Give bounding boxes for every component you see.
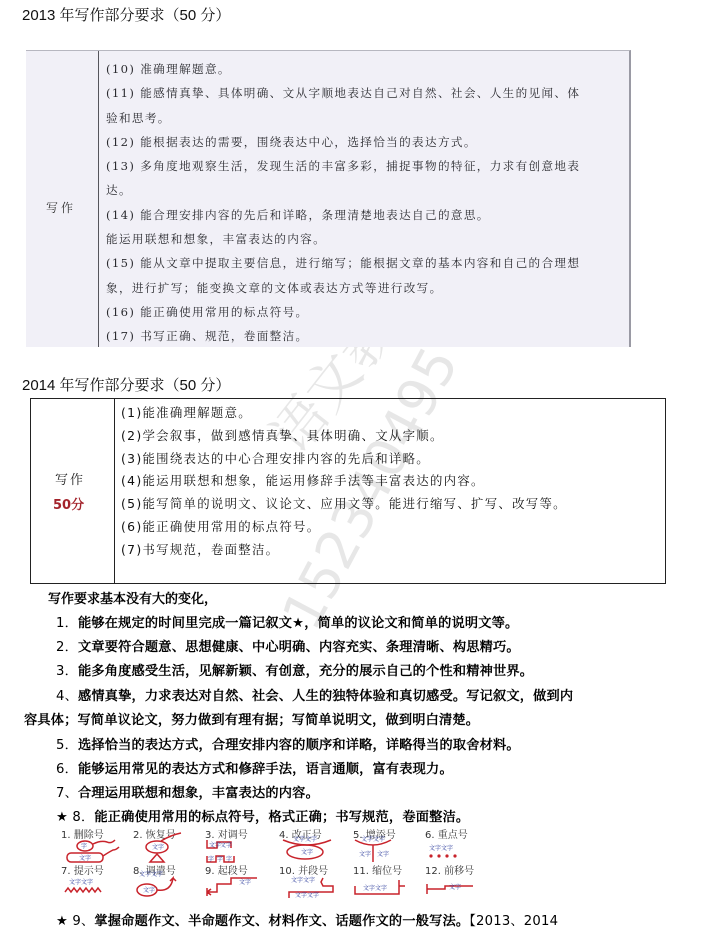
table-label-cell: 写作 50分 [31, 399, 115, 583]
summary-item: 6．能够运用常见的表达方式和修辞手法，语言通顺，富有表现力。 [56, 758, 453, 777]
table-label-cell: 写作 [26, 51, 99, 347]
svg-text:文字文字: 文字文字 [295, 891, 319, 898]
requirement-line: (10) 准确理解题意。 [106, 57, 621, 81]
svg-text:文字文字: 文字文字 [429, 844, 453, 852]
svg-text:文字文字: 文字文字 [361, 835, 385, 843]
requirement-line: (16) 能正确使用常用的标点符号。 [106, 300, 621, 324]
svg-text:字: 字 [81, 842, 87, 850]
summary-item: 3．能多角度感受生活，见解新颖、有创意，充分的展示自己的个性和精神世界。 [56, 660, 533, 679]
svg-text:字: 字 [217, 855, 223, 863]
svg-text:文字: 文字 [143, 886, 155, 894]
requirement-line: (15) 能从文章中提取主要信息，进行缩写；能根据文章的基本内容和自己的合理想 [106, 251, 621, 275]
summary-item: 1．能够在规定的时间里完成一篇记叙文★，简单的议论文和简单的说明文等。 [56, 612, 518, 631]
requirements-list: (10) 准确理解题意。 (11) 能感情真挚、具体明确、文从字顺地表达自己对自… [106, 57, 621, 349]
svg-text:文字: 文字 [301, 848, 313, 856]
svg-text:文字: 文字 [239, 878, 251, 886]
summary-item-continued: 容具体；写简单议论文，努力做到有理有据；写简单说明文，做到明白清楚。 [24, 709, 479, 728]
svg-text:文字文字: 文字文字 [69, 878, 93, 886]
section-2013-table: 写作 (10) 准确理解题意。 (11) 能感情真挚、具体明确、文从字顺地表达自… [26, 50, 631, 347]
requirement-line: (12) 能根据表达的需要，围绕表达中心，选择恰当的表达方式。 [106, 130, 621, 154]
summary-item: 5．选择恰当的表达方式，合理安排内容的顺序和详略，详略得当的取舍材料。 [56, 734, 520, 753]
requirement-line: 能运用联想和想象，丰富表达的内容。 [106, 227, 621, 251]
requirement-line: (4)能运用联想和想象，能运用修辞手法等丰富表达的内容。 [121, 470, 567, 493]
score-label: 50分 [53, 494, 84, 513]
section-2014-table: 写作 50分 (1)能准确理解题意。 (2)学会叙事，做到感情真挚、具体明确、文… [30, 398, 666, 584]
svg-text:文字文字: 文字文字 [291, 876, 315, 884]
requirement-line: 象，进行扩写；能变换文章的文体或表达方式等进行改写。 [106, 276, 621, 300]
requirement-line: (3)能围绕表达的中心合理安排内容的先后和详略。 [121, 448, 567, 471]
summary-item: 4、感情真挚，力求表达对自然、社会、人生的独特体验和真切感受。写记叙文，做到内 [56, 685, 573, 704]
requirement-line: 验和思考。 [106, 106, 621, 130]
summary-heading: 写作要求基本没有大的变化， [48, 588, 217, 607]
requirement-line: (2)学会叙事，做到感情真挚、具体明确、文从字顺。 [121, 425, 567, 448]
summary-item: 2．文章要符合题意、思想健康、中心明确、内容充实、条理清晰、构思精巧。 [56, 636, 520, 655]
svg-text:文字文字: 文字文字 [363, 884, 387, 892]
requirement-line: (7)书写规范，卷面整洁。 [121, 539, 567, 562]
svg-text:文字: 文字 [377, 850, 389, 858]
svg-text:文字: 文字 [359, 850, 371, 858]
requirement-line: (13) 多角度地观察生活，发现生活的丰富多彩，捕捉事物的特征，力求有创意地表 [106, 154, 621, 178]
svg-text:文字文字: 文字文字 [139, 870, 163, 878]
requirement-line: (14) 能合理安排内容的先后和详略，条理清楚地表达自己的意思。 [106, 203, 621, 227]
summary-item: 7、合理运用联想和想象，丰富表达的内容。 [56, 782, 319, 801]
section-2014-title: 2014 年写作部分要求（50 分） [22, 374, 230, 395]
section-2013-title: 2013 年写作部分要求（50 分） [22, 4, 230, 25]
category-label: 写作 [55, 469, 85, 488]
requirement-line: (1)能准确理解题意。 [121, 402, 567, 425]
year-tag: 【2013、2014 [469, 914, 558, 929]
svg-text:文字: 文字 [79, 854, 91, 862]
svg-text:字: 字 [208, 855, 214, 863]
svg-text:文字文字: 文字文字 [293, 835, 317, 843]
proofreading-marks-image: 1. 删除号 2. 恢复号 3. 对调号 4. 改正号 5. 增添号 6. 重点… [55, 826, 475, 898]
requirement-line: (5)能写简单的说明文、议论文、应用文等。能进行缩写、扩写、改写等。 [121, 493, 567, 516]
svg-text:文字: 文字 [152, 843, 164, 851]
requirement-line: (6)能正确使用常用的标点符号。 [121, 516, 567, 539]
svg-text:文字: 文字 [220, 841, 232, 849]
requirement-line: 达。 [106, 178, 621, 202]
requirement-line: (11) 能感情真挚、具体明确、文从字顺地表达自己对自然、社会、人生的见闻、体 [106, 81, 621, 105]
proofreading-marks-drawing: 字 文字 文字 文字文字 字字字 文字文字 文字 文字文字 文字文字 文字文字 … [55, 826, 475, 898]
summary-item-starred: ★ 9、掌握命题作文、半命题作文、材料作文、话题作文的一般写法。【2013、20… [56, 910, 558, 929]
summary-item-starred: ★ 8．能正确使用常用的标点符号，格式正确；书写规范，卷面整洁。 [56, 806, 469, 825]
svg-text:字: 字 [226, 855, 232, 863]
svg-text:文字: 文字 [449, 883, 461, 891]
requirements-list: (1)能准确理解题意。 (2)学会叙事，做到感情真挚、具体明确、文从字顺。 (3… [121, 402, 567, 562]
requirement-line: (17) 书写正确、规范，卷面整洁。 [106, 324, 621, 348]
category-label: 写作 [46, 199, 76, 216]
